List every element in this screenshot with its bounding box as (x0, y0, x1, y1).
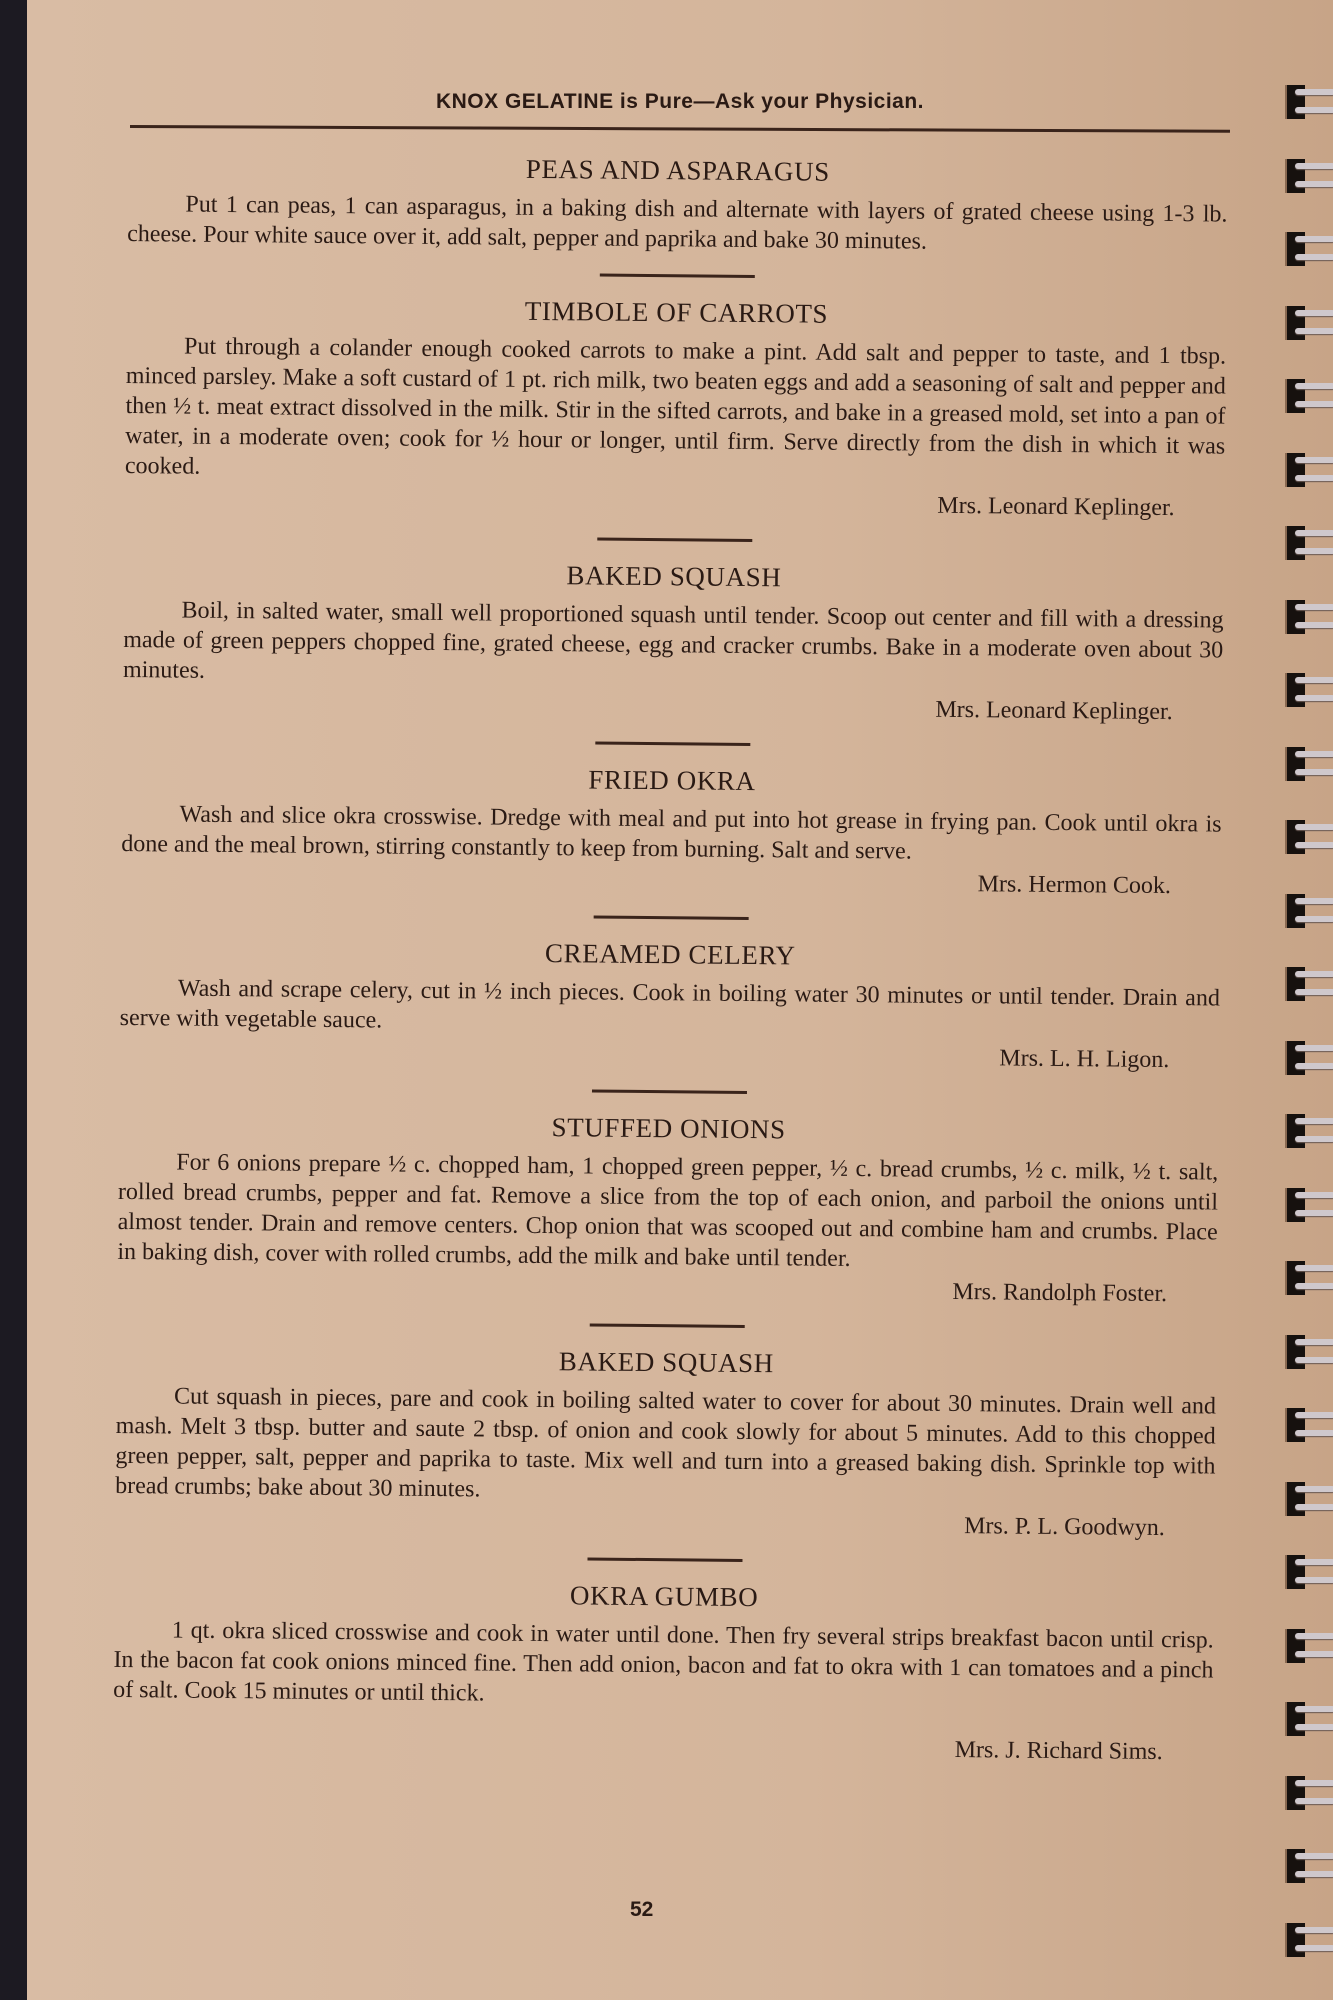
recipe-creamed-celery: CREAMED CELERY Wash and scrape celery, c… (119, 934, 1220, 1076)
binding-ring (1275, 1629, 1333, 1663)
recipe-title: BAKED SQUASH (124, 556, 1224, 598)
recipe-list: PEAS AND ASPARAGUS Put 1 can peas, 1 can… (113, 150, 1228, 1767)
running-header: KNOX GELATINE is Pure—Ask your Physician… (130, 90, 1230, 114)
recipe-baked-squash: BAKED SQUASH Boil, in salted water, smal… (123, 556, 1224, 728)
binding-ring (1275, 1555, 1333, 1589)
page-number: 52 (630, 1898, 653, 1922)
recipe-body: Cut squash in pieces, pare and cook in b… (115, 1381, 1216, 1512)
recipe-body: Wash and slice okra crosswise. Dredge wi… (121, 799, 1222, 870)
recipe-body: For 6 onions prepare ½ c. chopped ham, 1… (117, 1147, 1218, 1278)
binding-ring (1275, 1482, 1333, 1516)
binding-ring (1275, 1776, 1333, 1810)
binding-ring (1275, 1702, 1333, 1736)
recipe-title: FRIED OKRA (122, 760, 1222, 802)
binding-ring (1275, 600, 1333, 634)
divider (597, 538, 752, 542)
recipe-timbole-of-carrots: TIMBOLE OF CARROTS Put through a colande… (125, 292, 1227, 524)
binding-ring (1275, 1849, 1333, 1883)
divider (587, 1557, 742, 1561)
binding-ring (1275, 967, 1333, 1001)
recipe-title: CREAMED CELERY (120, 934, 1220, 976)
recipe-body: Put 1 can peas, 1 can asparagus, in a ba… (127, 189, 1228, 260)
divider (595, 742, 750, 746)
recipe-body: Wash and scrape celery, cut in ½ inch pi… (120, 973, 1221, 1044)
recipe-title: TIMBOLE OF CARROTS (126, 292, 1226, 334)
binding-ring (1275, 1114, 1333, 1148)
binding-ring (1275, 1261, 1333, 1295)
divider (589, 1323, 744, 1327)
binding-ring (1275, 306, 1333, 340)
recipe-title: STUFFED ONIONS (119, 1108, 1219, 1150)
recipe-baked-squash-2: BAKED SQUASH Cut squash in pieces, pare … (115, 1342, 1217, 1544)
binding-ring (1275, 747, 1333, 781)
binding-ring (1275, 820, 1333, 854)
recipe-peas-and-asparagus: PEAS AND ASPARAGUS Put 1 can peas, 1 can… (127, 150, 1228, 260)
binding-ring (1275, 159, 1333, 193)
binding-ring (1275, 1188, 1333, 1222)
binding-ring (1275, 1923, 1333, 1957)
divider (591, 1089, 746, 1093)
spiral-binding (1263, 0, 1333, 2000)
binding-ring (1275, 673, 1333, 707)
binding-ring (1275, 379, 1333, 413)
recipe-title: BAKED SQUASH (116, 1342, 1216, 1384)
binding-ring (1275, 526, 1333, 560)
recipe-body: Boil, in salted water, small well propor… (123, 595, 1224, 696)
divider (599, 274, 754, 278)
recipe-title: OKRA GUMBO (114, 1576, 1214, 1618)
binding-ring (1275, 453, 1333, 487)
divider (593, 916, 748, 920)
recipe-okra-gumbo: OKRA GUMBO 1 qt. okra sliced crosswise a… (113, 1576, 1215, 1768)
recipe-fried-okra: FRIED OKRA Wash and slice okra crosswise… (121, 760, 1222, 902)
recipe-stuffed-onions: STUFFED ONIONS For 6 onions prepare ½ c.… (117, 1108, 1219, 1310)
binding-ring (1275, 1335, 1333, 1369)
binding-ring (1275, 1408, 1333, 1442)
recipe-body: Put through a colander enough cooked car… (125, 331, 1226, 492)
binding-ring (1275, 1041, 1333, 1075)
background-edge (0, 0, 27, 2000)
recipe-body: 1 qt. okra sliced crosswise and cook in … (113, 1615, 1214, 1716)
binding-ring (1275, 85, 1333, 119)
binding-ring (1275, 232, 1333, 266)
binding-ring (1275, 894, 1333, 928)
